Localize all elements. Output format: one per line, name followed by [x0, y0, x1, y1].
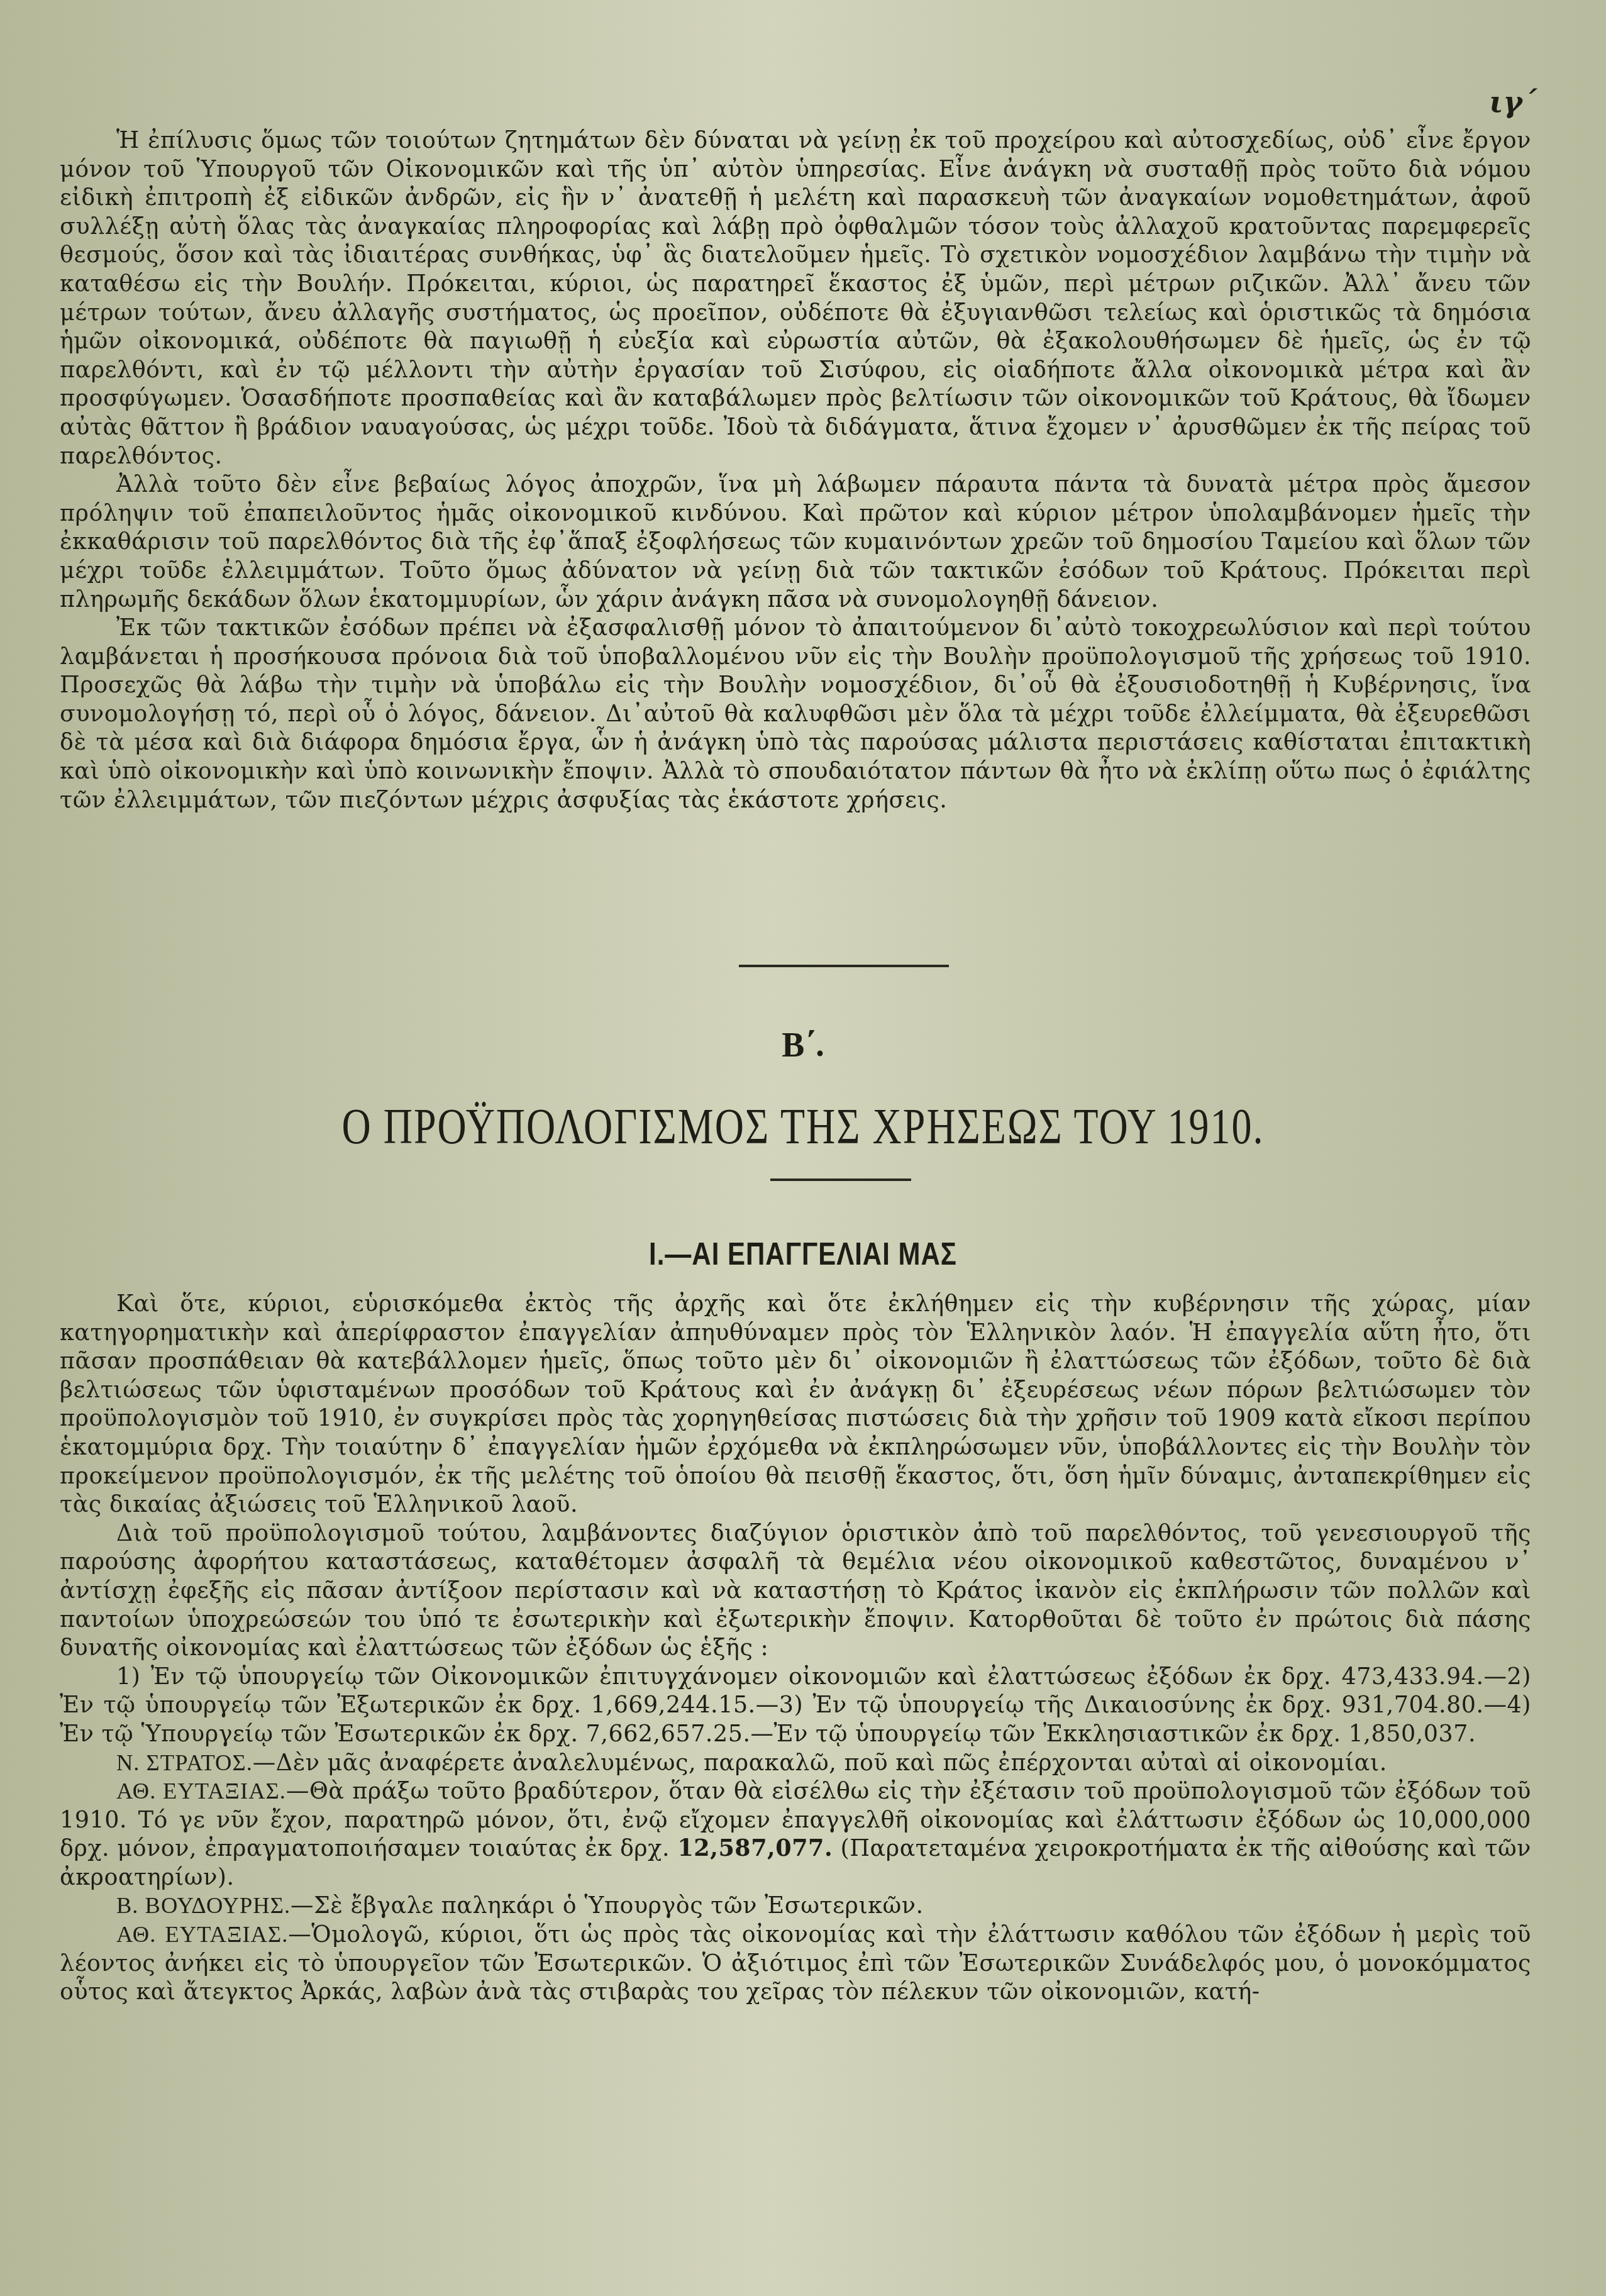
speech-text: —Σὲ ἔβγαλε παληκάρι ὁ Ὑπουργὸς τῶν Ἐσωτε… — [291, 1892, 924, 1919]
dialogue-entry: Β. ΒΟΥΔΟΥΡΗΣ.—Σὲ ἔβγαλε παληκάρι ὁ Ὑπουρ… — [60, 1891, 1531, 1920]
divider-rule — [739, 965, 949, 967]
section-title: Ο ΠΡΟΫΠΟΛΟΓΙΣΜΟΣ ΤΗΣ ΧΡΗΣΕΩΣ ΤΟΥ 1910. — [0, 1098, 1606, 1156]
part-b-text: Καὶ ὅτε, κύριοι, εὑρισκόμεθα ἐκτὸς τῆς ἀ… — [60, 1289, 1531, 2006]
paragraph: Ἀλλὰ τοῦτο δὲν εἶνε βεβαίως λόγος ἀποχρῶ… — [60, 470, 1531, 613]
divider-rule — [770, 1179, 911, 1181]
paragraph: Ἐκ τῶν τακτικῶν ἐσόδων πρέπει νὰ ἐξασφαλ… — [60, 613, 1531, 814]
section-letter: Β΄. — [0, 1025, 1606, 1064]
savings-total: 12,587,077. — [677, 1834, 833, 1861]
subsection-title: Ι.—ΑΙ ΕΠΑΓΓΕΛΙΑΙ ΜΑΣ — [0, 1236, 1606, 1272]
speaker-name: ΑΘ. ΕΥΤΑΞΙΑΣ. — [116, 1778, 286, 1804]
speaker-name: Ν. ΣΤΡΑΤΟΣ. — [116, 1750, 253, 1775]
paragraph: Ἡ ἐπίλυσις ὅμως τῶν τοιούτων ζητημάτων δ… — [60, 126, 1531, 470]
part-a-text: Ἡ ἐπίλυσις ὅμως τῶν τοιούτων ζητημάτων δ… — [60, 126, 1531, 814]
dialogue-entry: ΑΘ. ΕΥΤΑΞΙΑΣ.—Θὰ πράξω τοῦτο βραδύτερον,… — [60, 1777, 1531, 1891]
speaker-name: Β. ΒΟΥΔΟΥΡΗΣ. — [116, 1892, 291, 1918]
page-number: ιγ΄ — [1489, 85, 1537, 119]
paragraph: Καὶ ὅτε, κύριοι, εὑρισκόμεθα ἐκτὸς τῆς ἀ… — [60, 1289, 1531, 1519]
paragraph: Διὰ τοῦ προϋπολογισμοῦ τούτου, λαμβάνοντ… — [60, 1519, 1531, 1662]
speaker-name: ΑΘ. ΕΥΤΑΞΙΑΣ. — [116, 1921, 288, 1947]
document-page: ιγ΄ Ἡ ἐπίλυσις ὅμως τῶν τοιούτων ζητημάτ… — [0, 0, 1606, 2296]
dialogue-entry: Ν. ΣΤΡΑΤΟΣ.—Δὲν μᾶς ἀναφέρετε ἀναλελυμέν… — [60, 1748, 1531, 1777]
dialogue-entry: ΑΘ. ΕΥΤΑΞΙΑΣ.—Ὁμολογῶ, κύριοι, ὅτι ὡς πρ… — [60, 1920, 1531, 2006]
speech-text: —Δὲν μᾶς ἀναφέρετε ἀναλελυμένως, παρακαλ… — [253, 1749, 1387, 1776]
savings-list: 1) Ἐν τῷ ὑπουργείῳ τῶν Οἰκονομικῶν ἐπιτυ… — [60, 1662, 1531, 1748]
